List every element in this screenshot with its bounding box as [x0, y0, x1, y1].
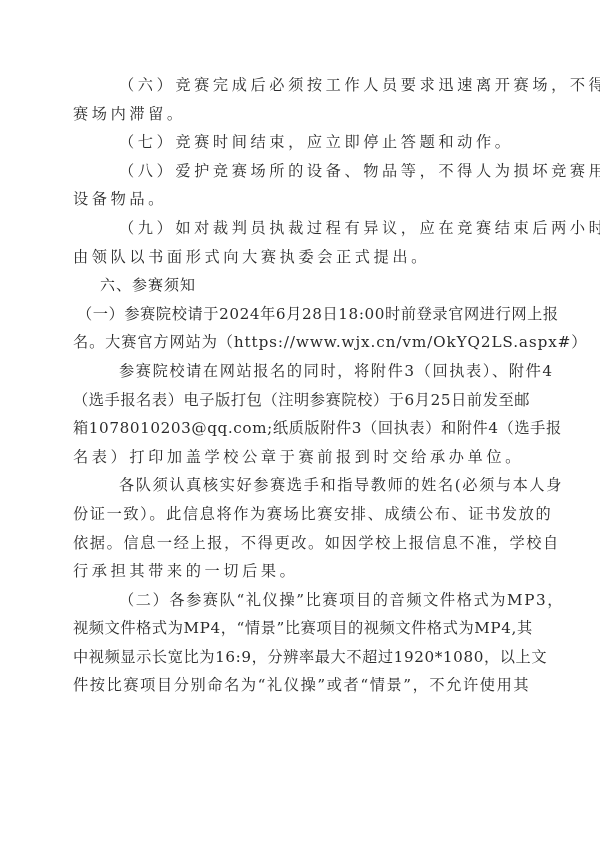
document-page: （六）竞赛完成后必须按工作人员要求迅速离开赛场，不得在 赛场内滞留。 （七）竞赛…: [73, 71, 531, 700]
verify-names-line-2: 份证一致）。此信息将作为赛场比赛安排、成绩公布、证书发放的: [73, 500, 531, 529]
paragraph-8-line-1: （八）爱护竞赛场所的设备、物品等，不得人为损坏竞赛用的: [73, 157, 531, 186]
verify-names-line-3: 依据。信息一经上报，不得更改。如因学校上报信息不准，学校自: [73, 529, 531, 558]
item-2-line-1: （二）各参赛队“礼仪操”比赛项目的音频文件格式为MP3，: [73, 586, 531, 615]
attachment-paragraph-line-3-email: 箱1078010203@qq.com;纸质版附件3（回执表）和附件4（选手报: [73, 414, 531, 443]
paragraph-9-line-2: 由领队以书面形式向大赛执委会正式提出。: [73, 243, 531, 272]
item-2-line-2: 视频文件格式为MP4，“情景”比赛项目的视频文件格式为MP4,其: [73, 614, 531, 643]
item-1-line-1: （一）参赛院校请于2024年6月28日18:00时前登录官网进行网上报: [73, 300, 531, 329]
paragraph-7-line-1: （七）竞赛时间结束，应立即停止答题和动作。: [73, 128, 531, 157]
paragraph-8-line-2: 设备物品。: [73, 185, 531, 214]
paragraph-6-line-2: 赛场内滞留。: [73, 100, 531, 129]
paragraph-6-line-1: （六）竞赛完成后必须按工作人员要求迅速离开赛场，不得在: [73, 71, 531, 100]
attachment-paragraph-line-2: （选手报名表）电子版打包（注明参赛院校）于6月25日前发至邮: [73, 386, 531, 415]
section-heading-registration-notice: 六、参赛须知: [73, 271, 531, 300]
attachment-paragraph-line-1: 参赛院校请在网站报名的同时，将附件3（回执表）、附件4: [73, 357, 531, 386]
attachment-paragraph-line-4: 名表）打印加盖学校公章于赛前报到时交给承办单位。: [73, 443, 531, 472]
verify-names-line-4: 行承担其带来的一切后果。: [73, 557, 531, 586]
paragraph-9-line-1: （九）如对裁判员执裁过程有异议，应在竞赛结束后两小时内: [73, 214, 531, 243]
verify-names-line-1: 各队须认真核实好参赛选手和指导教师的姓名(必须与本人身: [73, 471, 531, 500]
item-1-line-2-website: 名。大赛官方网站为（https://www.wjx.cn/vm/OkYQ2LS.…: [73, 328, 531, 357]
item-2-line-3: 中视频显示长宽比为16:9，分辨率最大不超过1920*1080，以上文: [73, 643, 531, 672]
item-2-line-4: 件按比赛项目分别命名为“礼仪操”或者“情景”，不允许使用其: [73, 671, 531, 700]
